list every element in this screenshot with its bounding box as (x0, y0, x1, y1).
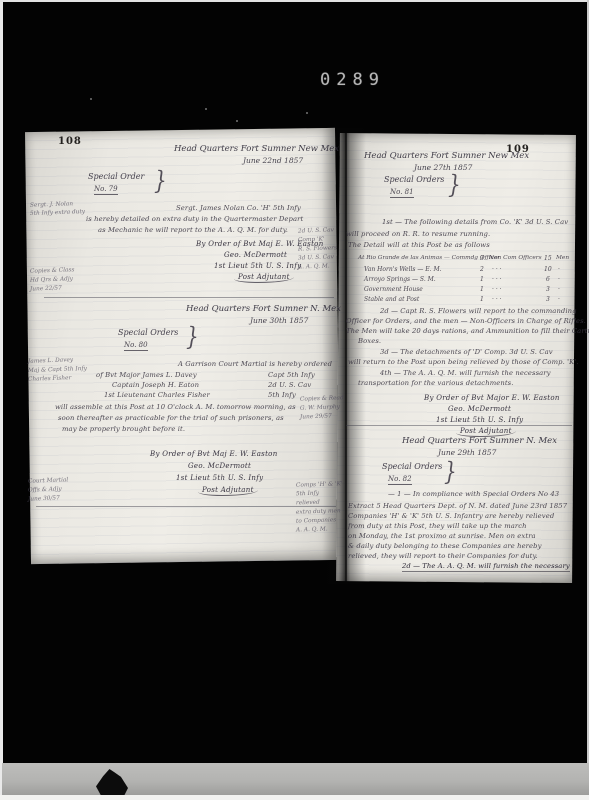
detail-table-ditto: · · · (492, 276, 502, 283)
body-line: from duty at this Post, they will take u… (348, 522, 527, 530)
body-line: may be properly brought before it. (62, 425, 185, 433)
margin-note: relieved (296, 500, 320, 507)
detail-table-ditto: · (558, 296, 560, 303)
body-line: transportation for the various detachmen… (358, 379, 514, 387)
detail-table-count: 3 (546, 296, 550, 303)
left-page (25, 128, 341, 564)
order-label: Special Orders (384, 175, 444, 184)
body-line: relieved, they will report to their Comp… (348, 552, 538, 560)
body-line: The Men will take 20 days rations, and A… (346, 327, 589, 335)
body-line: 1st — The following details from Co. 'K'… (382, 218, 568, 226)
film-edge-top (0, 0, 589, 2)
order-heading: Head Quarters Fort Sumner New Mex (174, 144, 339, 154)
order-date: June 22nd 1857 (243, 156, 303, 165)
film-edge-left (0, 0, 3, 800)
page-number-left: 108 (58, 136, 82, 147)
detail-table-ditto: · · · (492, 296, 502, 303)
detail-table-count: 1 (480, 286, 484, 293)
detail-table-place: Arroyo Springs — S. M. (364, 276, 436, 283)
margin-note: A. A. Q. M. (298, 263, 330, 270)
detail-table-place: Van Horn's Wells — E. M. (364, 266, 442, 273)
detail-rank: 5th Infy (268, 391, 296, 399)
body-line: will assemble at this Post at 10 O'clock… (55, 403, 296, 411)
detail-name: 1st Lieutenant Charles Fisher (104, 391, 210, 399)
ledger-book-spread: 108 Head Quarters Fort Sumner New Mex Ju… (28, 128, 574, 584)
signature-line: Geo. McDermott (224, 251, 287, 259)
signature-line: 1st Lieut 5th U. S. Infy (176, 474, 263, 482)
margin-note: June 22/57 (30, 285, 62, 292)
detail-table-ditto: · (558, 286, 560, 293)
order-label: Special Order (88, 172, 144, 181)
film-band-bottom-edge (0, 795, 589, 800)
body-line: will proceed on R. R. to resume running. (346, 230, 490, 238)
detail-table-count: 3 (546, 286, 550, 293)
detail-table-place: Stable and at Post (364, 296, 419, 303)
margin-note: 5th Infy (296, 491, 319, 498)
margin-note: June 30/57 (28, 495, 60, 502)
body-line: Boxes. (358, 337, 381, 345)
body-line: 4th — The A. A. Q. M. will furnish the n… (380, 369, 551, 377)
book-fold-line (345, 128, 347, 584)
body-line: Extract 5 Head Quarters Dept. of N. M. d… (348, 502, 567, 510)
dust-speck (236, 120, 238, 122)
body-line: The Detail will at this Post be as follo… (348, 241, 490, 249)
body-line: 3d — The detachments of 'D' Comp. 3d U. … (380, 348, 553, 356)
detail-table-place: At Rio Grande de las Animas — Commdg Off… (358, 255, 500, 261)
order-heading: Head Quarters Fort Sumner New Mex (364, 151, 529, 161)
body-line: & daily duty belonging to these Companie… (348, 542, 542, 550)
body-line: will return to the Post upon being relie… (348, 358, 579, 366)
order-date: June 30th 1857 (250, 316, 308, 325)
dust-speck (306, 112, 308, 114)
brace-flourish: } (186, 321, 199, 351)
body-line: as Mechanic he will report to the A. A. … (98, 226, 288, 234)
section-divider (346, 425, 572, 426)
detail-table-count: 15 (544, 255, 552, 262)
signature-line: Geo. McDermott (448, 405, 511, 413)
body-line: on Monday, the 1st proximo at sunrise. M… (348, 532, 536, 540)
order-number: No. 82 (388, 475, 412, 485)
dust-speck (90, 98, 92, 100)
detail-table-count: 6 (546, 276, 550, 283)
detail-table-label: Men (556, 255, 569, 261)
detail-table-count: 2 (480, 266, 484, 273)
margin-note: Comp 'K' (298, 237, 325, 244)
detail-table-ditto: · (558, 266, 560, 273)
margin-note: 3d U. S. Cav (298, 254, 334, 261)
detail-table-ditto: · (558, 276, 560, 283)
margin-note: June 29/57 (300, 413, 332, 420)
detail-table-count: 3 (480, 255, 484, 262)
detail-rank: Capt 5th Infy (268, 371, 315, 379)
dust-speck (205, 108, 207, 110)
body-line: 2d — Capt R. S. Flowers will report to t… (380, 307, 577, 315)
body-line: Officer for Orders, and the men — Non-Of… (346, 317, 586, 325)
order-heading: Head Quarters Fort Sumner N. Mex (186, 304, 341, 314)
detail-table-place: Government House (364, 286, 423, 293)
order-number: No. 79 (94, 185, 118, 195)
body-line: A Garrison Court Martial is hereby order… (178, 360, 332, 368)
order-label: Special Orders (118, 328, 178, 337)
detail-rank: 2d U. S. Cav (268, 381, 311, 389)
section-divider (36, 506, 336, 507)
brace-flourish: } (448, 169, 461, 199)
margin-note: 2d U. S. Cav (298, 227, 334, 234)
body-line: soon thereafter as practicable for the t… (58, 414, 284, 422)
signature-line: Geo. McDermott (188, 462, 251, 470)
body-line: Sergt. James Nolan Co. 'H' 5th Infy (176, 204, 301, 212)
detail-name: Captain Joseph H. Eaton (112, 381, 199, 389)
order-number: No. 81 (390, 188, 414, 198)
detail-table-ditto: · · · (492, 286, 502, 293)
signature-line: By Order of Bvt Maj E. W. Easton (150, 450, 278, 458)
body-line: is hereby detailed on extra duty in the … (86, 215, 303, 223)
margin-note: A. A. Q. M. (296, 526, 328, 533)
detail-table-label: Non Com Officers (489, 255, 542, 261)
film-band (2, 763, 589, 796)
scanned-document-photo: 0289 108 Head Quarters Fort Sumner New M… (0, 0, 589, 800)
detail-table-count: 10 (544, 266, 552, 273)
signature-line: 1st Lieut 5th U. S. Infy (214, 262, 301, 270)
frame-number-stamp: 0289 (320, 70, 385, 90)
order-label: Special Orders (382, 462, 442, 471)
detail-name: of Bvt Major James L. Davey (96, 371, 197, 379)
margin-note: Offs & Adjy (28, 486, 62, 493)
brace-flourish: } (444, 456, 457, 486)
body-line: 2d — The A. A. Q. M. will furnish the ne… (402, 562, 570, 572)
body-line: Companies 'H' & 'K' 5th U. S. Infantry a… (348, 512, 554, 520)
signature-line: By Order of Bvt Major E. W. Easton (424, 394, 560, 402)
section-divider (44, 297, 334, 298)
order-date: June 27th 1857 (414, 163, 472, 172)
brace-flourish: } (154, 165, 167, 195)
detail-table-count: 1 (480, 276, 484, 283)
body-line: — 1 — In compliance with Special Orders … (388, 490, 559, 498)
order-number: No. 80 (124, 341, 148, 351)
detail-table-ditto: · · · (492, 266, 502, 273)
detail-table-count: 1 (480, 296, 484, 303)
order-heading: Head Quarters Fort Sumner N. Mex (402, 436, 557, 446)
signature-line: 1st Lieut 5th U. S. Infy (436, 416, 523, 424)
